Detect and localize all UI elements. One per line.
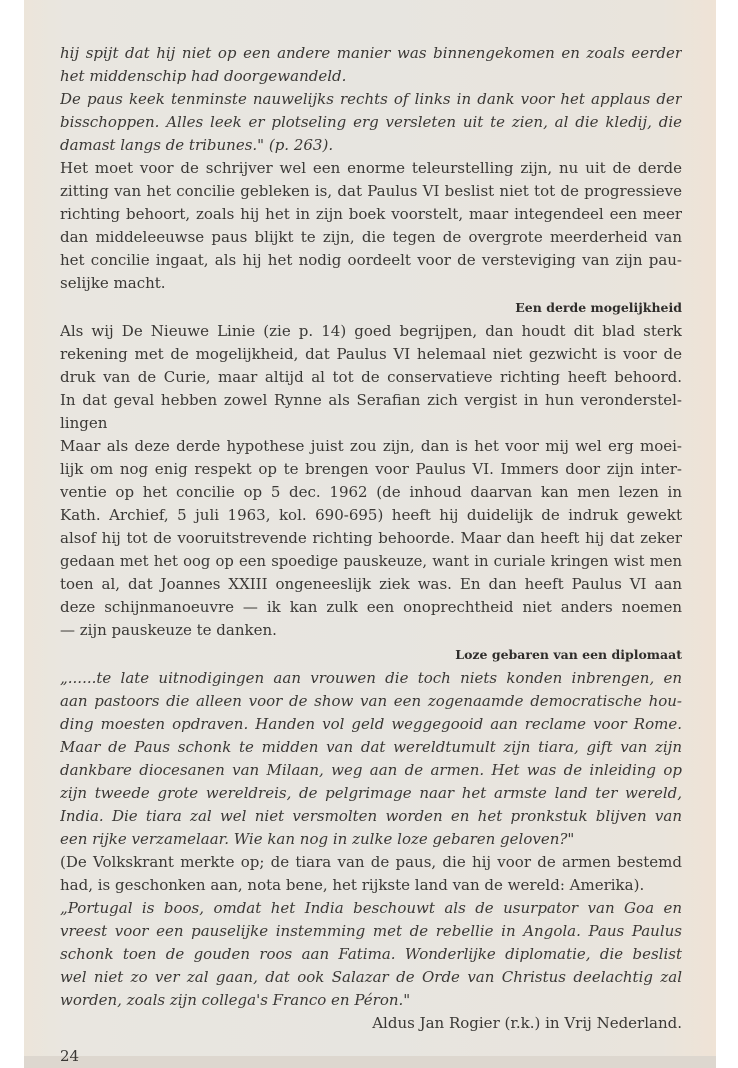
section-heading: Een derde mogelijkheid xyxy=(60,295,682,320)
text-line: druk van de Curie, maar altijd al tot de… xyxy=(60,366,682,389)
quote-paragraph: „......te late uitnodigingen aan vrouwen… xyxy=(60,667,682,851)
text-line: ding moesten opdraven. Handen vol geld w… xyxy=(60,713,682,736)
quote-paragraph: hij spijt dat hij niet op een andere man… xyxy=(60,42,682,88)
text-line: worden, zoals zijn collega's Franco en P… xyxy=(60,989,682,1012)
text-line: zijn tweede grote wereldreis, de pelgrim… xyxy=(60,782,682,805)
text-line: bisschoppen. Alles leek er plotseling er… xyxy=(60,111,682,134)
paragraph: Het moet voor de schrijver wel een enorm… xyxy=(60,157,682,295)
text-line: damast langs de tribunes." (p. 263). xyxy=(60,134,682,157)
text-line: gedaan met het oog op een spoedige pausk… xyxy=(60,550,682,573)
text-line: De paus keek tenminste nauwelijks rechts… xyxy=(60,88,682,111)
quote-paragraph: De paus keek tenminste nauwelijks rechts… xyxy=(60,88,682,157)
text-line: selijke macht. xyxy=(60,272,682,295)
text-line: India. Die tiara zal wel niet versmolten… xyxy=(60,805,682,828)
text-line: een rijke verzamelaar. Wie kan nog in zu… xyxy=(60,828,682,851)
text-line: wel niet zo ver zal gaan, dat ook Salaza… xyxy=(60,966,682,989)
text-line: dan middeleeuwse paus blijkt te zijn, di… xyxy=(60,226,682,249)
text-line: richting behoort, zoals hij het in zijn … xyxy=(60,203,682,226)
quote-paragraph: „Portugal is boos, omdat het India besch… xyxy=(60,897,682,1012)
text-line: deze schijnmanoeuvre — ik kan zulk een o… xyxy=(60,596,682,619)
text-line: zitting van het concilie gebleken is, da… xyxy=(60,180,682,203)
text-line: „Portugal is boos, omdat het India besch… xyxy=(60,897,682,920)
text-column: hij spijt dat hij niet op een andere man… xyxy=(60,42,682,1068)
paragraph: Als wij De Nieuwe Linie (zie p. 14) goed… xyxy=(60,320,682,435)
text-line: toen al, dat Joannes XXIII ongeneeslijk … xyxy=(60,573,682,596)
paragraph: (De Volkskrant merkte op; de tiara van d… xyxy=(60,851,682,897)
text-line: het middenschip had doorgewandeld. xyxy=(60,65,682,88)
text-line: schonk toen de gouden roos aan Fatima. W… xyxy=(60,943,682,966)
attribution: Aldus Jan Rogier (r.k.) in Vrij Nederlan… xyxy=(60,1012,682,1035)
text-line: hij spijt dat hij niet op een andere man… xyxy=(60,42,682,65)
text-line: Maar de Paus schonk te midden van dat we… xyxy=(60,736,682,759)
text-line: Als wij De Nieuwe Linie (zie p. 14) goed… xyxy=(60,320,682,343)
text-line: rekening met de mogelijkheid, dat Paulus… xyxy=(60,343,682,366)
text-line: vreest voor een pauselijke instemming me… xyxy=(60,920,682,943)
page-number: 24 xyxy=(60,1045,682,1068)
text-line: lijk om nog enig respekt op te brengen v… xyxy=(60,458,682,481)
text-line: — zijn pauskeuze te danken. xyxy=(60,619,682,642)
text-line: had, is geschonken aan, nota bene, het r… xyxy=(60,874,682,897)
text-line: het concilie ingaat, als hij het nodig o… xyxy=(60,249,682,272)
text-line: (De Volkskrant merkte op; de tiara van d… xyxy=(60,851,682,874)
text-line: Kath. Archief, 5 juli 1963, kol. 690-695… xyxy=(60,504,682,527)
text-line: ventie op het concilie op 5 dec. 1962 (d… xyxy=(60,481,682,504)
section-heading: Loze gebaren van een diplomaat xyxy=(60,642,682,667)
text-line: lingen xyxy=(60,412,682,435)
text-line: dankbare diocesanen van Milaan, weg aan … xyxy=(60,759,682,782)
text-line: „......te late uitnodigingen aan vrouwen… xyxy=(60,667,682,690)
text-line: Maar als deze derde hypothese juist zou … xyxy=(60,435,682,458)
paragraph: Maar als deze derde hypothese juist zou … xyxy=(60,435,682,642)
text-line: aan pastoors die alleen voor de show van… xyxy=(60,690,682,713)
text-line: Het moet voor de schrijver wel een enorm… xyxy=(60,157,682,180)
text-line: In dat geval hebben zowel Rynne als Sera… xyxy=(60,389,682,412)
text-line: alsof hij tot de vooruitstrevende richti… xyxy=(60,527,682,550)
